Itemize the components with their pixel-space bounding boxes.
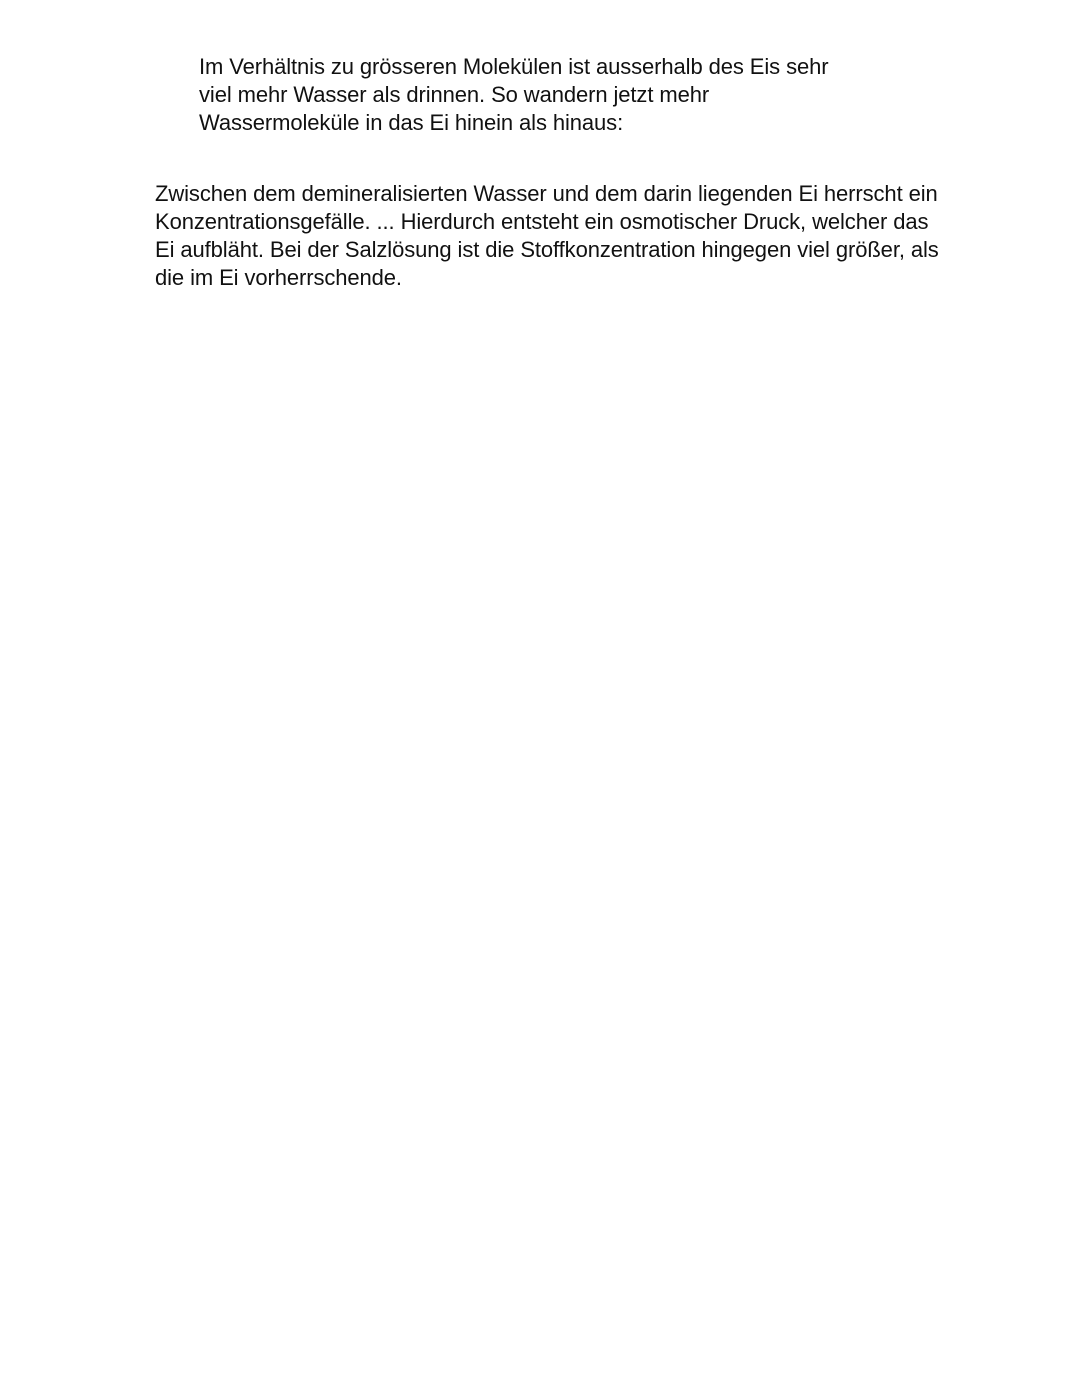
document-page: Im Verhältnis zu grösseren Molekülen ist… bbox=[0, 0, 1080, 1394]
text-line: Zwischen dem demineralisierten Wasser un… bbox=[155, 180, 1015, 208]
text-line: Konzentrationsgefälle. ... Hierdurch ent… bbox=[155, 208, 1015, 236]
text-line: Wassermoleküle in das Ei hinein als hina… bbox=[199, 109, 919, 137]
main-paragraph: Zwischen dem demineralisierten Wasser un… bbox=[155, 180, 1015, 292]
text-line: Im Verhältnis zu grösseren Molekülen ist… bbox=[199, 53, 919, 81]
text-line: die im Ei vorherrschende. bbox=[155, 264, 1015, 292]
text-line: Ei aufbläht. Bei der Salzlösung ist die … bbox=[155, 236, 1015, 264]
text-line: viel mehr Wasser als drinnen. So wandern… bbox=[199, 81, 919, 109]
indented-paragraph: Im Verhältnis zu grösseren Molekülen ist… bbox=[199, 53, 919, 137]
